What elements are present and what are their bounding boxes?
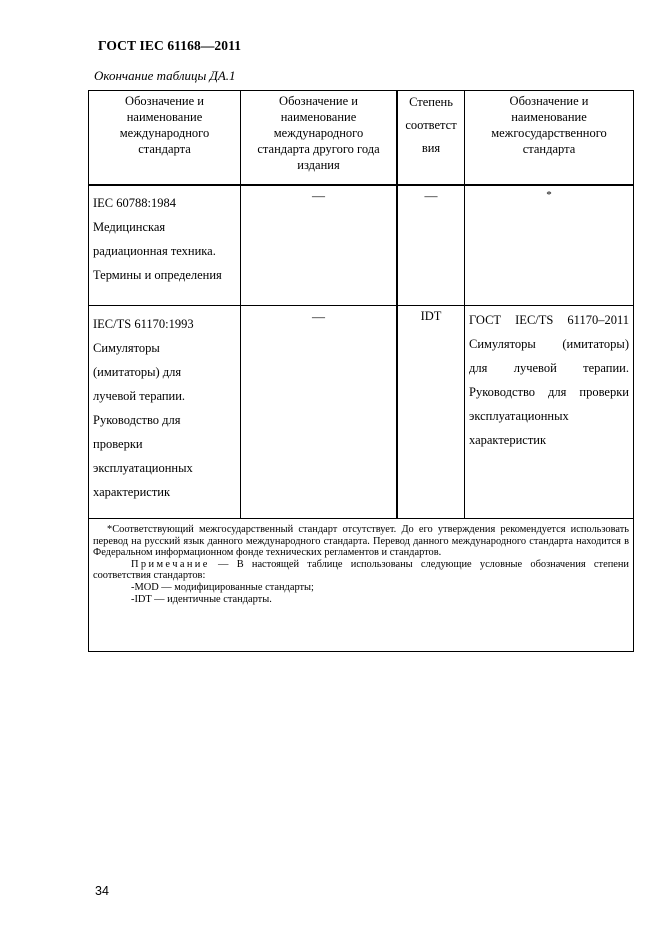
- cell-line: Медицинская: [93, 215, 236, 239]
- footer-divider: [89, 518, 633, 519]
- table-footer-notes: *Соответствующий межгосударственный стан…: [89, 520, 633, 605]
- document-code: ГОСТ IEC 61168—2011: [98, 38, 241, 54]
- header-line: соответст: [398, 114, 464, 137]
- dash-value: —: [398, 189, 464, 203]
- footnote-text: *Соответствующий межгосударственный стан…: [93, 524, 629, 559]
- footnote-marker: *: [465, 189, 633, 201]
- cell-line: характеристик: [469, 428, 629, 452]
- page-number: 34: [95, 884, 109, 898]
- cell-line: радиационная техника.: [93, 239, 236, 263]
- legend-item-idt: -IDT — идентичные стандарты.: [93, 594, 629, 606]
- header-line: Обозначение и: [465, 93, 633, 109]
- table-row-1-international: IEC 60788:1984 Медицинская радиационная …: [89, 187, 240, 287]
- column-header-degree: Степень соответст вия: [398, 91, 464, 184]
- cell-line: эксплуатационных: [93, 456, 236, 480]
- cell-line: Симуляторы: [93, 336, 236, 360]
- column-header-interstate: Обозначение и наименование межгосударств…: [465, 91, 633, 184]
- table-row-2-degree: IDT: [398, 307, 464, 325]
- cell-line: лучевой терапии.: [93, 384, 236, 408]
- header-line: Степень: [398, 91, 464, 114]
- table-row-1-interstate: *: [465, 189, 633, 201]
- table-row-1-other-year: —: [241, 189, 396, 203]
- degree-value: IDT: [421, 309, 442, 323]
- table-row-2-interstate: ГОСТ IEC/TS 61170–2011 Симуляторы (имита…: [465, 304, 635, 452]
- header-line: наименование: [465, 109, 633, 125]
- standards-correspondence-table: Обозначение и наименование международног…: [88, 90, 634, 652]
- header-line: наименование: [89, 109, 240, 125]
- cell-line: эксплуатационных: [469, 404, 629, 428]
- table-caption: Окончание таблицы ДА.1: [94, 68, 236, 84]
- legend-item-mod: -MOD — модифицированные стандарты;: [93, 582, 629, 594]
- table-row-2-other-year: —: [241, 310, 396, 324]
- cell-line: IEC 60788:1984: [93, 191, 236, 215]
- cell-line: (имитаторы) для: [93, 360, 236, 384]
- dash-value: —: [241, 189, 396, 203]
- cell-line: Руководство для проверки: [469, 380, 629, 404]
- header-divider: [89, 184, 633, 186]
- cell-line: IEC/TS 61170:1993: [93, 312, 236, 336]
- header-line: стандарта: [465, 141, 633, 157]
- note-paragraph: Примечание — В настоящей таблице использ…: [93, 559, 629, 582]
- header-line: стандарта: [89, 141, 240, 157]
- dash-value: —: [241, 310, 396, 324]
- header-line: издания: [241, 157, 396, 173]
- note-label: Примечание: [131, 559, 210, 570]
- cell-line: характеристик: [93, 480, 236, 504]
- cell-line: Термины и определения: [93, 263, 236, 287]
- table-row-1-degree: —: [398, 189, 464, 203]
- column-header-international: Обозначение и наименование международног…: [89, 91, 240, 184]
- cell-line: проверки: [93, 432, 236, 456]
- cell-line: Руководство для: [93, 408, 236, 432]
- column-header-other-year: Обозначение и наименование международног…: [241, 91, 396, 184]
- header-line: международного: [89, 125, 240, 141]
- header-line: наименование: [241, 109, 396, 125]
- header-line: вия: [398, 137, 464, 160]
- header-line: Обозначение и: [89, 93, 240, 109]
- cell-line: ГОСТ IEC/TS 61170–2011: [469, 308, 629, 332]
- header-line: межгосударственного: [465, 125, 633, 141]
- cell-line: для лучевой терапии.: [469, 356, 629, 380]
- header-line: международного: [241, 125, 396, 141]
- header-line: стандарта другого года: [241, 141, 396, 157]
- cell-line: Симуляторы (имитаторы): [469, 332, 629, 356]
- header-line: Обозначение и: [241, 93, 396, 109]
- table-row-2-international: IEC/TS 61170:1993 Симуляторы (имитаторы)…: [89, 308, 240, 504]
